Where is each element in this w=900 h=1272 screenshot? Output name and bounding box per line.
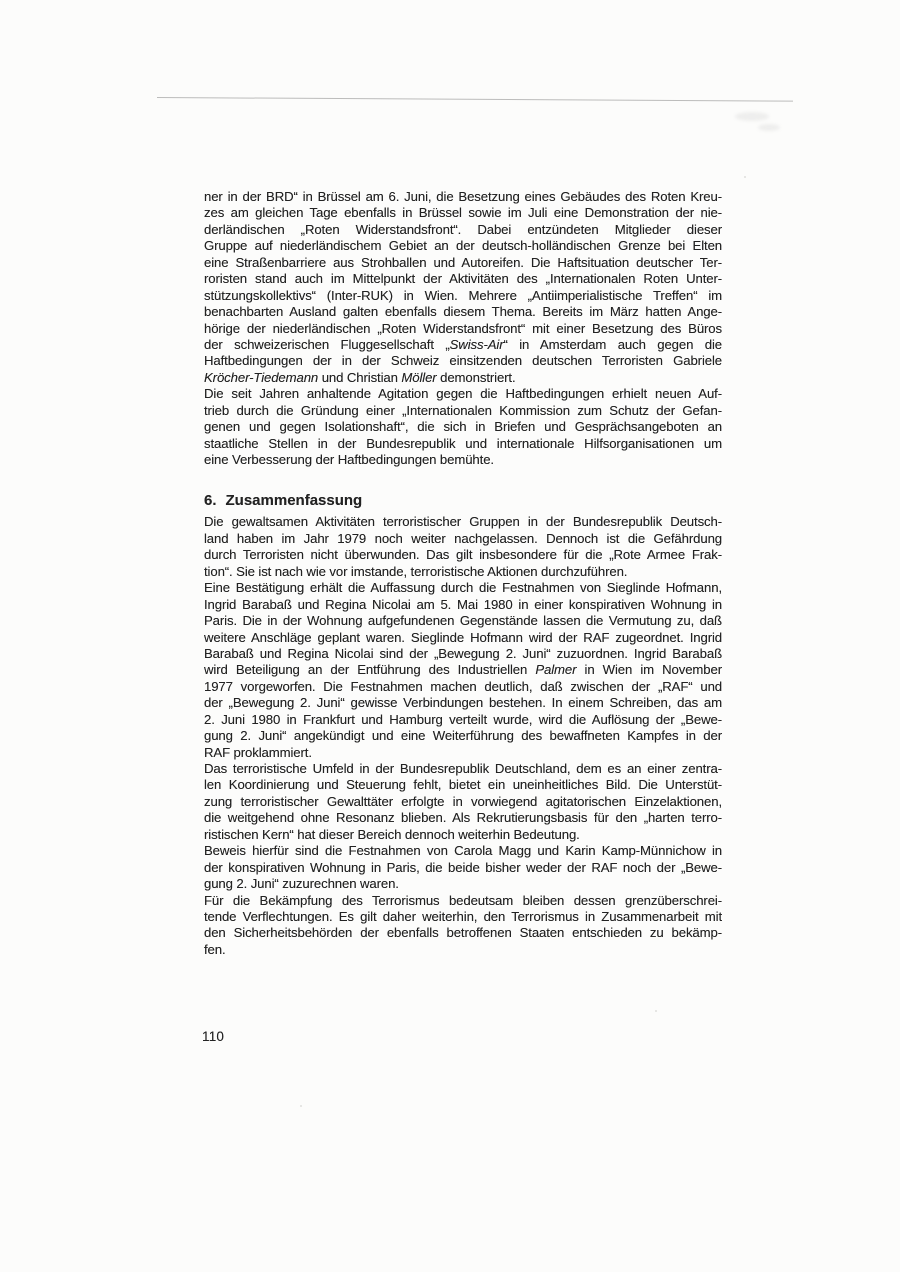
text-line: der „Bewegung 2. Juni“ gewisse Verbindun…	[204, 695, 722, 711]
text-line: trieb durch die Gründung einer „Internat…	[204, 403, 722, 419]
text-line: Ingrid Barabaß und Regina Nicolai am 5. …	[204, 597, 722, 613]
text-line: gung 2. Juni“ zuzurechnen waren.	[204, 876, 722, 892]
text-line: Beweis hierfür sind die Festnahmen von C…	[204, 843, 722, 859]
text-line: Das terroristische Umfeld in der Bundesr…	[204, 761, 722, 777]
text-line: genen und gegen Isolationshaft“, die sic…	[204, 419, 722, 435]
text-line: ner in der BRD“ in Brüssel am 6. Juni, d…	[204, 189, 722, 205]
text-line: Die seit Jahren anhaltende Agitation geg…	[204, 386, 722, 402]
paragraph: Die seit Jahren anhaltende Agitation geg…	[204, 386, 722, 468]
text-line: eine Verbesserung der Haftbedingungen be…	[204, 452, 722, 468]
text-line: roristen stand auch im Mittelpunkt der A…	[204, 271, 722, 287]
paragraph: Beweis hierfür sind die Festnahmen von C…	[204, 843, 722, 892]
text-line: staatliche Stellen in der Bundesrepublik…	[204, 436, 722, 452]
text-line: Gruppe auf niederländischem Gebiet an de…	[204, 238, 722, 254]
text-line: wird Beteiligung an der Entführung des I…	[204, 662, 722, 678]
paragraph: Die gewaltsamen Aktivitäten terroristisc…	[204, 514, 722, 580]
text-line: der schweizerischen Fluggesellschaft „Sw…	[204, 337, 722, 353]
text-line: Barabaß und Regina Nicolai sind der „Bew…	[204, 646, 722, 662]
scanned-document-page: ner in der BRD“ in Brüssel am 6. Juni, d…	[0, 0, 900, 1272]
text-line: fen.	[204, 942, 722, 958]
scan-speck	[744, 176, 746, 178]
text-line: Eine Bestätigung erhält die Auffassung d…	[204, 580, 722, 596]
section-title: Zusammenfassung	[226, 492, 363, 509]
text-line: eine Straßenbarriere aus Strohballen und…	[204, 255, 722, 271]
text-line: RAF proklammiert.	[204, 745, 722, 761]
scan-edge-artifact	[157, 97, 793, 102]
text-line: durch Terroristen nicht überwunden. Das …	[204, 547, 722, 563]
paragraph: Für die Bekämpfung des Terrorismus bedeu…	[204, 893, 722, 959]
section-number: 6.	[204, 492, 217, 509]
text-line: Kröcher-Tiedemann und Christian Möller d…	[204, 370, 722, 386]
paragraph: Eine Bestätigung erhält die Auffassung d…	[204, 580, 722, 761]
text-line: derländischen „Roten Widerstandsfront“. …	[204, 222, 722, 238]
text-line: Die gewaltsamen Aktivitäten terroristisc…	[204, 514, 722, 530]
text-line: benachbarten Ausland galten ebenfalls di…	[204, 304, 722, 320]
scan-smudge	[735, 112, 769, 121]
page-number: 110	[202, 1029, 224, 1044]
text-line: tion“. Sie ist nach wie vor imstande, te…	[204, 564, 722, 580]
text-line: stützungskollektivs“ (Inter-RUK) in Wien…	[204, 288, 722, 304]
text-line: Für die Bekämpfung des Terrorismus bedeu…	[204, 893, 722, 909]
text-line: zes am gleichen Tage ebenfalls in Brüsse…	[204, 205, 722, 221]
document-text: ner in der BRD“ in Brüssel am 6. Juni, d…	[204, 189, 722, 958]
text-line: gung 2. Juni“ angekündigt und eine Weite…	[204, 728, 722, 744]
section-heading: 6.Zusammenfassung	[204, 491, 722, 511]
text-line: tende Verflechtungen. Es gilt daher weit…	[204, 909, 722, 925]
text-line: der konspirativen Wohnung in Paris, die …	[204, 860, 722, 876]
text-line: 2. Juni 1980 in Frankfurt und Hamburg ve…	[204, 712, 722, 728]
text-line: land haben im Jahr 1979 noch weiter nach…	[204, 531, 722, 547]
text-line: hörige der niederländischen „Roten Wider…	[204, 321, 722, 337]
text-line: ristischen Kern“ hat dieser Bereich denn…	[204, 827, 722, 843]
text-line: Haftbedingungen der in der Schweiz einsi…	[204, 353, 722, 369]
paragraph: Das terroristische Umfeld in der Bundesr…	[204, 761, 722, 843]
text-line: zung terroristischer Gewalttäter erfolgt…	[204, 794, 722, 810]
text-line: die weitgehend ohne Resonanz blieben. Al…	[204, 810, 722, 826]
paragraph: ner in der BRD“ in Brüssel am 6. Juni, d…	[204, 189, 722, 386]
text-line: den Sicherheitsbehörden der ebenfalls be…	[204, 925, 722, 941]
text-line: len Koordinierung und Steuerung fehlt, b…	[204, 777, 722, 793]
scan-smudge	[758, 124, 780, 131]
text-line: Paris. Die in der Wohnung aufgefundenen …	[204, 613, 722, 629]
text-line: 1977 vorgeworfen. Die Festnahmen machen …	[204, 679, 722, 695]
scan-speck	[655, 1010, 657, 1012]
text-line: weitere Anschläge geplant waren. Sieglin…	[204, 630, 722, 646]
scan-speck	[300, 1105, 302, 1107]
